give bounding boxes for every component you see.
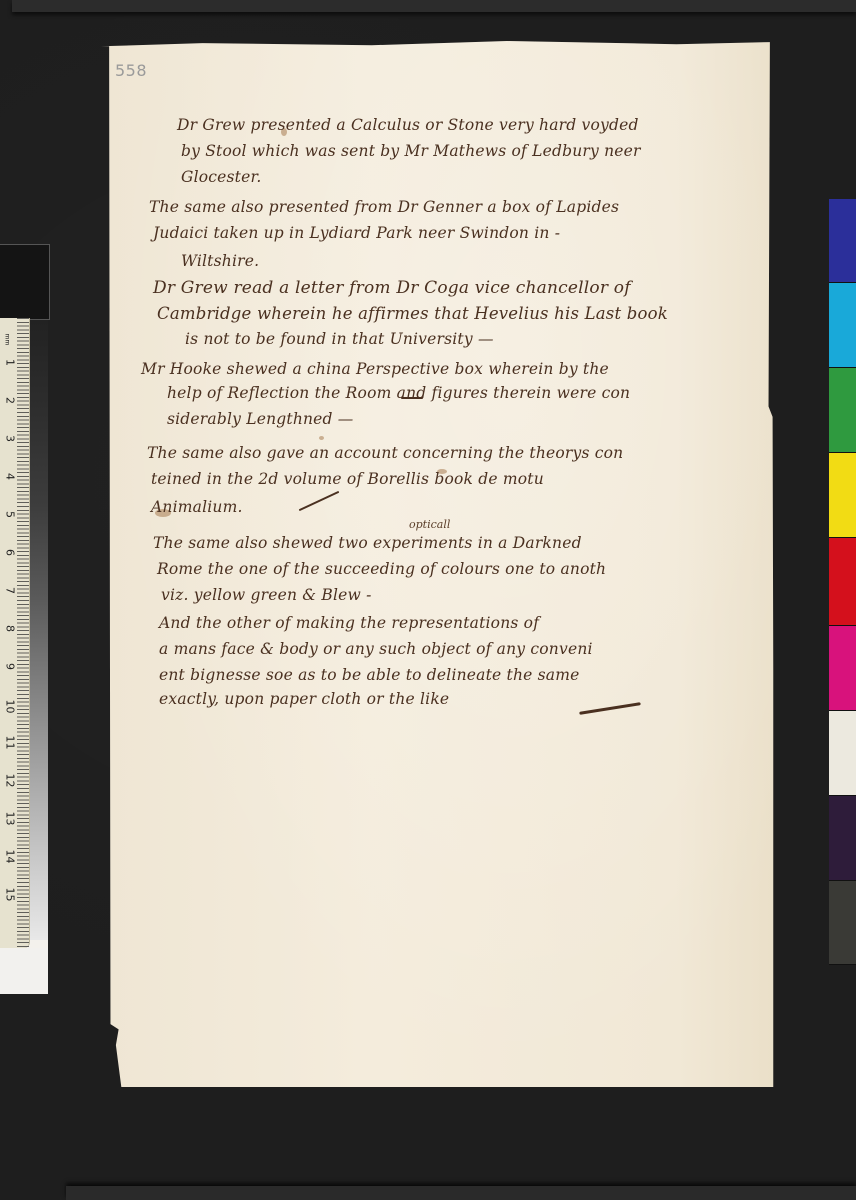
manuscript-line: Rome the one of the succeeding of colour… [157,560,606,578]
swatch-yellow [829,453,856,538]
ruler-label: 11 [4,735,17,751]
manuscript-line: ent bignesse soe as to be able to deline… [159,666,580,684]
bottom-mount-board [66,1186,856,1200]
ruler-label: 2 [4,393,17,409]
ruler-label: 8 [4,621,17,637]
ruler-label: 12 [4,773,17,789]
manuscript-line: Dr Grew presented a Calculus or Stone ve… [177,116,639,134]
ruler-label: 14 [4,849,17,865]
swatch-cyan [829,283,856,368]
ruler-ticks [17,318,29,948]
ruler-label: 6 [4,545,17,561]
manuscript-line: Animalium. [151,498,243,516]
manuscript-line: teined in the 2d volume of Borellis book… [151,470,544,488]
ruler-label: 7 [4,583,17,599]
color-calibration-chart [829,199,856,965]
ruler-unit-label: mm [3,334,10,346]
ruler-label: 10 [4,699,17,715]
ink-dash [401,397,423,399]
swatch-dark-purple [829,796,856,881]
ruler-label: 3 [4,431,17,447]
manuscript-page: 558 Dr Grew presented a Calculus or Ston… [101,40,778,1087]
manuscript-line: exactly, upon paper cloth or the like [159,690,449,708]
manuscript-line: siderably Lengthned — [167,410,354,428]
interlinear-insertion: opticall [409,518,450,531]
manuscript-line: Dr Grew read a letter from Dr Coga vice … [153,278,631,298]
folio-number: 558 [115,61,147,80]
manuscript-line: by Stool which was sent by Mr Mathews of… [181,142,641,160]
ruler-label: 13 [4,811,17,827]
swatch-image-patch [829,881,856,965]
manuscript-line: And the other of making the representati… [159,614,539,632]
manuscript-line: The same also shewed two experiments in … [153,534,582,552]
scale-card-black-patch [0,244,50,320]
swatch-white [829,711,856,796]
manuscript-line: is not to be found in that University — [185,330,494,348]
manuscript-line: help of Reflection the Room and figures … [167,384,630,402]
ink-stroke [299,491,340,511]
ink-flourish [579,702,641,715]
swatch-red [829,538,856,626]
ruler-label: 9 [4,659,17,675]
ruler-label: 15 [4,887,17,903]
ruler-label: 5 [4,507,17,523]
swatch-magenta [829,626,856,711]
top-mount-board [12,0,856,12]
manuscript-line: The same also presented from Dr Genner a… [149,198,619,216]
measurement-ruler: mm 1 2 3 4 5 6 7 8 9 10 11 12 13 14 15 [0,318,30,948]
swatch-green [829,368,856,453]
ink-stain [319,436,324,440]
ruler-label: 1 [4,355,17,371]
manuscript-line: Mr Hooke shewed a china Perspective box … [141,360,609,378]
swatch-blue [829,199,856,283]
manuscript-line: a mans face & body or any such object of… [159,640,593,658]
manuscript-line: The same also gave an account concerning… [147,444,623,462]
manuscript-line: Cambridge wherein he affirmes that Hevel… [157,304,668,323]
manuscript-line: viz. yellow green & Blew - [161,586,372,604]
manuscript-line: Glocester. [181,168,262,186]
scale-card-white-patch [0,948,48,994]
manuscript-line: Wiltshire. [181,252,259,270]
manuscript-line: Judaici taken up in Lydiard Park neer Sw… [153,224,560,242]
gray-scale-strip [28,320,48,940]
ruler-label: 4 [4,469,17,485]
